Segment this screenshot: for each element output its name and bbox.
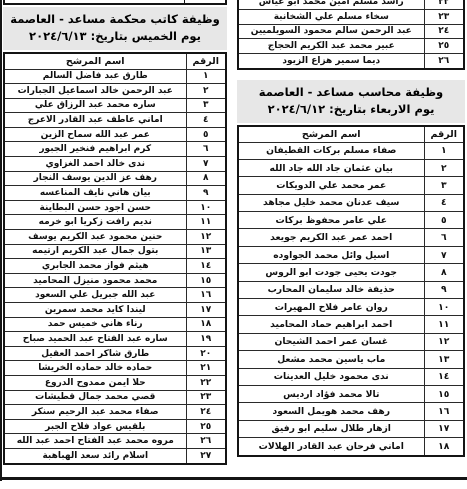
candidate-number: ١ — [186, 69, 226, 84]
column-header-number: الرقم — [424, 126, 464, 143]
continuation-table-wrap: ٢٢راشد مسلم امين محمد ابو عياش٢٣سخاء مسل… — [237, 0, 465, 73]
table-row: ١٣ماب ياسين محمد مشعل — [238, 351, 464, 368]
candidate-name: عمر محمد علي الدويكات — [238, 177, 424, 194]
candidate-name: سخاء مسلم علي الشخانبة — [238, 9, 424, 24]
candidate-number: ١١ — [424, 316, 464, 333]
candidate-number: ١٣ — [424, 351, 464, 368]
candidate-number: ٩ — [424, 281, 464, 298]
table-row: ٢٤عبد الرحمن سالم محمود السويلميين — [238, 24, 464, 39]
table-row: ٥عمر عبد الله سماح الزين — [4, 127, 226, 142]
candidate-name: حماده خالد حماده الخريشا — [4, 361, 186, 376]
table-row: ٣عمر محمد علي الدويكات — [238, 177, 464, 194]
candidate-name: حلا ايمن ممدوح الدروع — [4, 375, 186, 390]
candidate-name: حنين محمود عبد الكريم يوسف — [4, 230, 186, 245]
table-row: ١٥محمد محمود منيزل المحاميد — [4, 273, 226, 288]
table-row: ٧اسيل وائل محمد الجواوده — [238, 246, 464, 263]
candidate-number: ٢ — [424, 159, 464, 176]
candidate-name: ديما سمير هزاع الزيود — [238, 54, 424, 69]
table-row: ٢٥عبير محمد عبد الكريم الحجاج — [238, 39, 464, 54]
page-left-border — [0, 0, 2, 481]
candidate-number: ١٠ — [186, 200, 226, 215]
candidate-number: ٧ — [424, 246, 464, 263]
candidate-name: بيان عثمان جاد الله جاد الله — [238, 159, 424, 176]
table-row: ١٨اماني فرحان عبد القادر الهلالات — [238, 438, 464, 456]
table-row: ١٧ليندا كايد محمد سمرين — [4, 303, 226, 318]
table-row: ٢بيان عثمان جاد الله جاد الله — [238, 159, 464, 176]
candidate-number: ١٢ — [186, 230, 226, 245]
candidate-name: قصي محمد جمال قطيشات — [4, 390, 186, 405]
candidate-number: ١٠ — [424, 299, 464, 316]
candidate-number: ٦ — [186, 142, 226, 157]
candidate-number: ٢٥ — [186, 419, 226, 434]
candidate-number: ١٥ — [186, 273, 226, 288]
candidate-name: نديم رافت زكريا ابو خرمه — [4, 215, 186, 230]
continuation-roster-table: ٢٢راشد مسلم امين محمد ابو عياش٢٣سخاء مسل… — [237, 0, 465, 70]
table-header-row: الرقم اسم المرشح — [238, 126, 464, 143]
right-section-date: يوم الاربعاء بتاريخ: ٢٠٢٤/٦/١٢ — [239, 101, 463, 118]
table-row: ١٢غسان عمر احمد الشيحان — [238, 333, 464, 350]
table-row: ١٦رهف محمد هويمل السعود — [238, 403, 464, 420]
candidate-number: ٥ — [424, 212, 464, 229]
candidate-name: علي عامر محفوظ بركات — [238, 212, 424, 229]
candidate-name: اسلام رائد سعد الهباهبة — [4, 448, 186, 463]
right-section-title-band: وظيفة محاسب مساعد - العاصمة يوم الاربعاء… — [237, 80, 465, 123]
candidate-number: ٢٥ — [424, 39, 464, 54]
candidate-name: عبد الله جبريل علي السعود — [4, 288, 186, 303]
table-row: ١٤هيثم فواز محمد الجابري — [4, 259, 226, 274]
table-row: ٤سيف عدنان محمد خليل مجاهد — [238, 194, 464, 211]
candidate-name: بلقيس عواد فلاح الجبر — [4, 419, 186, 434]
candidate-name: عبد الرحمن خالد اسماعيل الجبارات — [4, 84, 186, 99]
candidate-name: غسان عمر احمد الشيحان — [238, 333, 424, 350]
column-header-name: اسم المرشح — [238, 126, 424, 143]
table-row: ٢٢راشد مسلم امين محمد ابو عياش — [238, 0, 464, 9]
candidate-name: اماني عاطف عبد القادر الاعرج — [4, 113, 186, 128]
candidate-number: ٢٠ — [186, 346, 226, 361]
table-header-row: الرقم اسم المرشح — [4, 53, 226, 70]
candidate-number: ٢٦ — [424, 54, 464, 69]
candidate-number: ٤ — [424, 194, 464, 211]
table-row: ٦احمد عمر عبد الكريم جويعد — [238, 229, 464, 246]
left-roster-section: وظيفة كاتب محكمة مساعد - العاصمة يوم الخ… — [3, 0, 227, 465]
table-row: ٢عبد الرحمن خالد اسماعيل الجبارات — [4, 84, 226, 99]
table-row: ٨رهف عز الدين يوسف النجار — [4, 171, 226, 186]
candidate-number: ٥ — [186, 127, 226, 142]
table-row: ٩بيان هاني نايف المناعسه — [4, 186, 226, 201]
left-section-title: وظيفة كاتب محكمة مساعد - العاصمة — [5, 11, 225, 28]
candidate-number: ١٧ — [424, 420, 464, 437]
candidate-number: ١٤ — [424, 368, 464, 385]
candidate-number: ٢٢ — [424, 0, 464, 9]
candidate-name: رهف عز الدين يوسف النجار — [4, 171, 186, 186]
table-row: ٥علي عامر محفوظ بركات — [238, 212, 464, 229]
candidate-number: ١٦ — [186, 288, 226, 303]
candidate-name: رهف محمد هويمل السعود — [238, 403, 424, 420]
candidate-name: حسن اجود حسن البطاينة — [4, 200, 186, 215]
candidate-name: بتول جمال عبد الكريم ارتيمه — [4, 244, 186, 259]
candidate-number: ١٦ — [424, 403, 464, 420]
right-section-title: وظيفة محاسب مساعد - العاصمة — [239, 84, 463, 101]
candidate-name: اسيل وائل محمد الجواوده — [238, 246, 424, 263]
candidate-number: ٣ — [424, 177, 464, 194]
candidate-number: ١٧ — [186, 303, 226, 318]
candidate-number: ٨ — [424, 264, 464, 281]
candidate-number: ٢٣ — [424, 9, 464, 24]
candidate-name: هيثم فواز محمد الجابري — [4, 259, 186, 274]
table-row: ٢٧اسلام رائد سعد الهباهبة — [4, 448, 226, 463]
candidate-number: ٢ — [186, 84, 226, 99]
candidate-number: ١ — [424, 142, 464, 159]
table-row: ٢٦ديما سمير هزاع الزيود — [238, 54, 464, 69]
candidate-name: ماب ياسين محمد مشعل — [238, 351, 424, 368]
candidate-name: اماني فرحان عبد القادر الهلالات — [238, 438, 424, 456]
right-roster-section: ٢٢راشد مسلم امين محمد ابو عياش٢٣سخاء مسل… — [237, 0, 465, 457]
candidate-number: ٢٤ — [186, 405, 226, 420]
table-row: ٣ساره محمد عبد الرزاق علي — [4, 98, 226, 113]
table-row: ١٥تالا محمد فؤاد ارديس — [238, 385, 464, 402]
table-row: ٨جودت يحيى جودت ابو الروس — [238, 264, 464, 281]
candidate-number: ٢٣ — [186, 390, 226, 405]
table-row: ١٤ندى محمود خليل العدينات — [238, 368, 464, 385]
table-row: ٢٣سخاء مسلم علي الشخانبة — [238, 9, 464, 24]
document-page: وظيفة كاتب محكمة مساعد - العاصمة يوم الخ… — [0, 0, 467, 489]
candidate-number: ١٥ — [424, 385, 464, 402]
candidate-number: ١٩ — [186, 332, 226, 347]
candidate-name: راشد مسلم امين محمد ابو عياش — [238, 0, 424, 9]
candidate-name: عبد الرحمن سالم محمود السويلميين — [238, 24, 424, 39]
table-row: ٤اماني عاطف عبد القادر الاعرج — [4, 113, 226, 128]
column-header-number: الرقم — [186, 53, 226, 70]
candidate-number: ٢٧ — [186, 448, 226, 463]
candidate-name: احمد ابراهيم حماد المحاميد — [238, 316, 424, 333]
table-row: ١٠روان عامر فلاح المهيرات — [238, 299, 464, 316]
page-bottom-rule — [0, 477, 467, 480]
candidate-name: عبير محمد عبد الكريم الحجاج — [238, 39, 424, 54]
table-row: ٢٠طارق شاكر احمد العقيل — [4, 346, 226, 361]
table-row: ١طارق عبد فاضل السالم — [4, 69, 226, 84]
candidate-name: ساره عبد الفتاح عبد الحميد صباح — [4, 332, 186, 347]
left-section-title-band: وظيفة كاتب محكمة مساعد - العاصمة يوم الخ… — [3, 7, 227, 50]
table-row: ٧ندى خالد احمد الغزاوي — [4, 157, 226, 172]
candidate-name: ندى خالد احمد الغزاوي — [4, 157, 186, 172]
table-row: ١٦عبد الله جبريل علي السعود — [4, 288, 226, 303]
candidate-name: تالا محمد فؤاد ارديس — [238, 385, 424, 402]
candidate-number: ٤ — [186, 113, 226, 128]
candidate-name: حذيفة خالد سليمان المحارب — [238, 281, 424, 298]
candidate-name: جودت يحيى جودت ابو الروس — [238, 264, 424, 281]
candidate-name: صفاء محمد عبد الرحيم سنكر — [4, 405, 186, 420]
candidate-number: ١٣ — [186, 244, 226, 259]
table-row: ١١نديم رافت زكريا ابو خرمه — [4, 215, 226, 230]
table-row: ١٨رناء هاني خميس حمد — [4, 317, 226, 332]
candidate-name: طارق عبد فاضل السالم — [4, 69, 186, 84]
table-row: ٢٦مروه محمد عبد الفتاح احمد عبد الله — [4, 434, 226, 449]
candidate-name: محمد محمود منيزل المحاميد — [4, 273, 186, 288]
table-row: ١٩ساره عبد الفتاح عبد الحميد صباح — [4, 332, 226, 347]
candidate-number: ٢٢ — [186, 375, 226, 390]
left-section-date: يوم الخميس بتاريخ: ٢٠٢٤/٦/١٣ — [5, 28, 225, 45]
candidate-name: رناء هاني خميس حمد — [4, 317, 186, 332]
candidate-number: ٣ — [186, 98, 226, 113]
left-table-wrap: الرقم اسم المرشح ١طارق عبد فاضل السالم٢ع… — [3, 52, 227, 465]
candidate-name: ليندا كايد محمد سمرين — [4, 303, 186, 318]
candidate-name: روان عامر فلاح المهيرات — [238, 299, 424, 316]
candidate-number: ١٨ — [186, 317, 226, 332]
left-roster-table: الرقم اسم المرشح ١طارق عبد فاضل السالم٢ع… — [3, 52, 227, 465]
candidate-name: بيان هاني نايف المناعسه — [4, 186, 186, 201]
column-header-name: اسم المرشح — [4, 53, 186, 70]
candidate-number: ٨ — [186, 171, 226, 186]
candidate-name: ندى محمود خليل العدينات — [238, 368, 424, 385]
cutoff-column-divider — [184, 0, 185, 3]
candidate-name: كرم ابراهيم فنخير الجبور — [4, 142, 186, 157]
candidate-number: ٦ — [424, 229, 464, 246]
table-row: ٢٤صفاء محمد عبد الرحيم سنكر — [4, 405, 226, 420]
candidate-number: ١٢ — [424, 333, 464, 350]
table-row: ٦كرم ابراهيم فنخير الجبور — [4, 142, 226, 157]
candidate-number: ٢٤ — [424, 24, 464, 39]
candidate-number: ٢١ — [186, 361, 226, 376]
candidate-name: ساره محمد عبد الرزاق علي — [4, 98, 186, 113]
table-row: ١٠حسن اجود حسن البطاينة — [4, 200, 226, 215]
candidate-name: صفاء مسلم بركات القطيفان — [238, 142, 424, 159]
table-row: ٢١حماده خالد حماده الخريشا — [4, 361, 226, 376]
table-row: ١٣بتول جمال عبد الكريم ارتيمه — [4, 244, 226, 259]
candidate-number: ١٤ — [186, 259, 226, 274]
table-row: ١٢حنين محمود عبد الكريم يوسف — [4, 230, 226, 245]
cutoff-table-bottom-edge — [3, 0, 227, 5]
candidate-name: عمر عبد الله سماح الزين — [4, 127, 186, 142]
table-row: ٩حذيفة خالد سليمان المحارب — [238, 281, 464, 298]
candidate-name: مروه محمد عبد الفتاح احمد عبد الله — [4, 434, 186, 449]
candidate-number: ٩ — [186, 186, 226, 201]
candidate-number: ١٨ — [424, 438, 464, 456]
table-row: ١١احمد ابراهيم حماد المحاميد — [238, 316, 464, 333]
candidate-number: ٧ — [186, 157, 226, 172]
candidate-name: احمد عمر عبد الكريم جويعد — [238, 229, 424, 246]
candidate-number: ١١ — [186, 215, 226, 230]
table-row: ١صفاء مسلم بركات القطيفان — [238, 142, 464, 159]
table-row: ٢٣قصي محمد جمال قطيشات — [4, 390, 226, 405]
table-row: ٢٥بلقيس عواد فلاح الجبر — [4, 419, 226, 434]
candidate-name: ازهار طلال سليم ابو رفيق — [238, 420, 424, 437]
candidate-number: ٢٦ — [186, 434, 226, 449]
table-row: ١٧ازهار طلال سليم ابو رفيق — [238, 420, 464, 437]
candidate-name: طارق شاكر احمد العقيل — [4, 346, 186, 361]
candidate-name: سيف عدنان محمد خليل مجاهد — [238, 194, 424, 211]
table-row: ٢٢حلا ايمن ممدوح الدروع — [4, 375, 226, 390]
right-table-wrap: الرقم اسم المرشح ١صفاء مسلم بركات القطيف… — [237, 125, 465, 457]
right-roster-table: الرقم اسم المرشح ١صفاء مسلم بركات القطيف… — [237, 125, 465, 457]
